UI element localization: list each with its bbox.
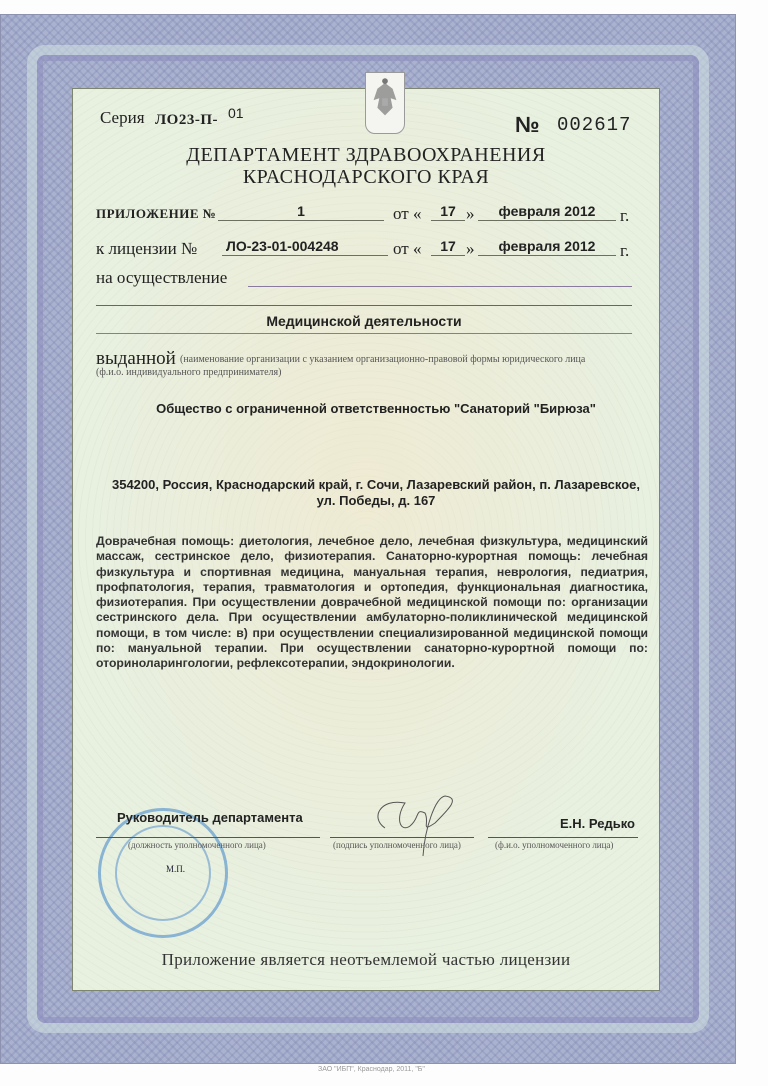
series-suffix: 01: [228, 105, 244, 121]
appendix-year-suffix: г.: [620, 206, 629, 226]
appendix-label: ПРИЛОЖЕНИЕ №: [96, 206, 216, 222]
handwritten-signature-icon: [365, 788, 465, 858]
organization-name: Общество с ограниченной ответственностью…: [96, 401, 656, 416]
license-day: 17: [431, 237, 465, 256]
official-seal-stamp: [98, 808, 228, 938]
license-from-label: от «: [393, 239, 421, 259]
issued-note: (наименование организации с указанием ор…: [180, 352, 640, 367]
footer-note: Приложение является неотъемлемой частью …: [72, 950, 660, 970]
name-line: [488, 837, 638, 838]
position-line: [96, 837, 320, 838]
issued-note-2: (ф.и.о. индивидуального предпринимателя): [96, 367, 281, 378]
organization-address: 354200, Россия, Краснодарский край, г. С…: [96, 477, 656, 509]
series-label: Серия: [100, 108, 145, 128]
address-line-2: ул. Победы, д. 167: [96, 493, 656, 509]
russian-coat-of-arms-icon: [365, 72, 405, 134]
address-line-1: 354200, Россия, Краснодарский край, г. С…: [96, 477, 656, 493]
appendix-from-label: от «: [393, 204, 421, 224]
appendix-close-quote: »: [466, 204, 475, 224]
activity-value: Медицинской деятельности: [96, 313, 632, 329]
appendix-month-year: февраля 2012: [478, 202, 616, 221]
license-close-quote: »: [466, 239, 475, 259]
license-label: к лицензии №: [96, 239, 197, 259]
license-number: ЛО-23-01-004248: [222, 237, 388, 256]
department-title: ДЕПАРТАМЕНТ ЗДРАВООХРАНЕНИЯ КРАСНОДАРСКО…: [72, 144, 660, 188]
activity-label: на осуществление: [96, 268, 227, 288]
printer-imprint: ЗАО "ИБП", Краснодар, 2011, "Б": [318, 1066, 425, 1073]
signatory-title: Руководитель департамента: [117, 810, 303, 825]
license-month-year: февраля 2012: [478, 237, 616, 256]
series-code: ЛО23-П-: [155, 112, 218, 129]
divider-top: [96, 305, 632, 306]
activity-label-underline: [248, 286, 632, 287]
appendix-number: 1: [218, 202, 384, 221]
department-line-1: ДЕПАРТАМЕНТ ЗДРАВООХРАНЕНИЯ: [72, 144, 660, 166]
caption-name: (ф.и.о. уполномоченного лица): [495, 840, 613, 850]
number-sign: №: [515, 112, 540, 138]
department-line-2: КРАСНОДАРСКОГО КРАЯ: [72, 166, 660, 188]
caption-position: (должность уполномоченного лица): [128, 840, 266, 850]
divider-bottom: [96, 333, 632, 334]
stamp-mark: М.П.: [166, 864, 185, 874]
license-year-suffix: г.: [620, 241, 629, 261]
appendix-day: 17: [431, 202, 465, 221]
signatory-name: Е.Н. Редько: [560, 816, 635, 831]
form-number: 002617: [557, 114, 631, 136]
licensed-services-text: Доврачебная помощь: диетология, лечебное…: [96, 534, 648, 672]
